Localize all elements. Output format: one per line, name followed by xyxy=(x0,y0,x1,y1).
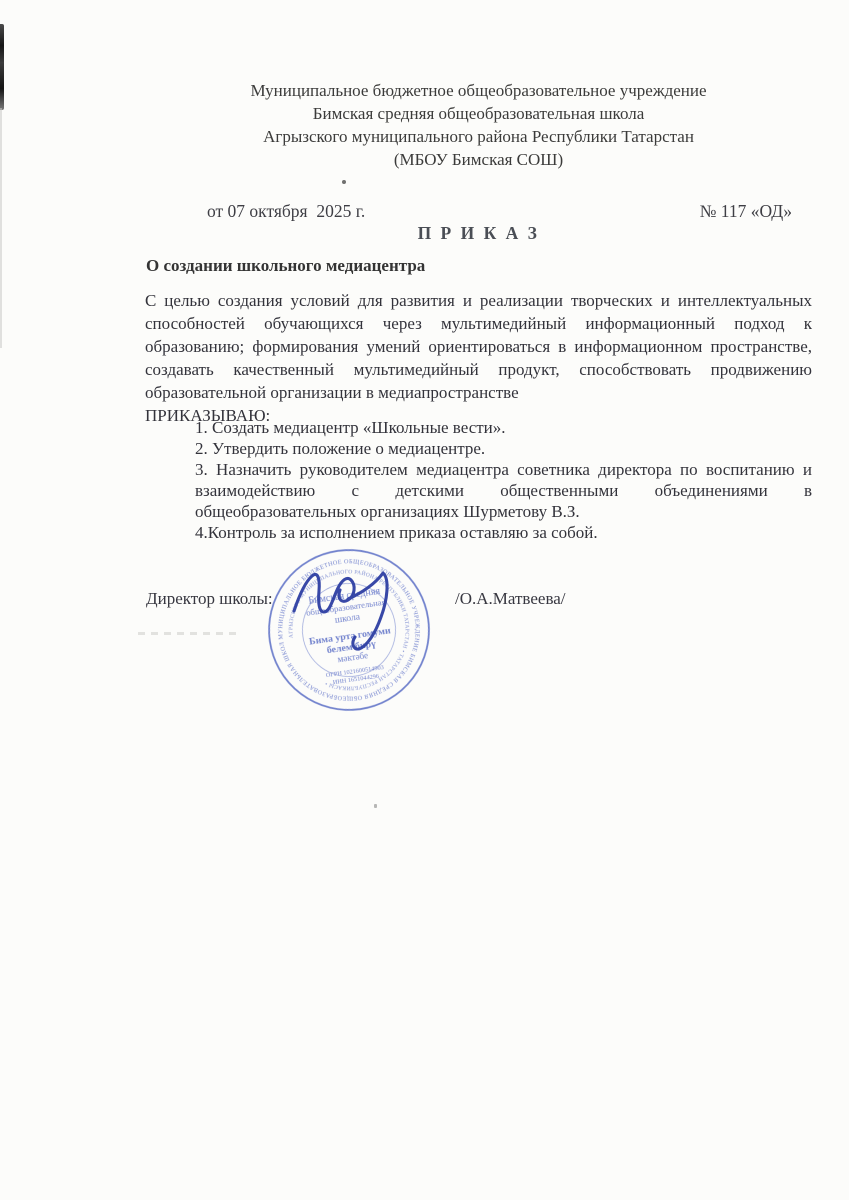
signature-role-label: Директор школы: xyxy=(146,589,273,609)
letterhead-line-2: Бимская средняя общеобразовательная школ… xyxy=(145,102,812,125)
order-subject: О создании школьного медиацентра xyxy=(146,256,425,276)
scanned-order-document: Муниципальное бюджетное общеобразователь… xyxy=(0,0,849,1200)
order-item-2: 2. Утвердить положение о медиацентре. xyxy=(195,438,812,459)
letterhead: Муниципальное бюджетное общеобразователь… xyxy=(145,79,812,171)
scan-edge-artifact xyxy=(0,24,4,110)
order-item-4: 4.Контроль за исполнением приказа оставл… xyxy=(195,522,812,543)
scan-dot-artifact xyxy=(342,180,346,184)
order-number: № 117 «ОД» xyxy=(700,201,792,222)
signature-scribble xyxy=(286,553,406,661)
order-item-3: 3. Назначить руководителем медиацентра с… xyxy=(195,459,812,522)
order-title: П Р И К А З xyxy=(145,223,812,244)
order-date: от 07 октября 2025 г. xyxy=(207,201,365,222)
order-item-1: 1. Создать медиацентр «Школьные вести». xyxy=(195,417,812,438)
order-body: С целью создания условий для развития и … xyxy=(145,289,812,427)
order-items: 1. Создать медиацентр «Школьные вести». … xyxy=(195,417,812,543)
signature-name: /О.А.Матвеева/ xyxy=(455,589,566,609)
scan-edge-line-artifact xyxy=(0,108,2,348)
letterhead-line-3: Агрызского муниципального района Республ… xyxy=(145,125,812,148)
scan-speck-artifact xyxy=(374,804,377,808)
letterhead-line-4: (МБОУ Бимская СОШ) xyxy=(145,148,812,171)
scan-smudge-artifact xyxy=(138,632,242,635)
order-meta-row: от 07 октября 2025 г. № 117 «ОД» xyxy=(145,201,812,224)
signature-stroke-main xyxy=(294,574,354,612)
order-preamble: С целью создания условий для развития и … xyxy=(145,289,812,404)
letterhead-line-1: Муниципальное бюджетное общеобразователь… xyxy=(145,79,812,102)
signature-row: Директор школы: /О.А.Матвеева/ xyxy=(145,589,812,613)
